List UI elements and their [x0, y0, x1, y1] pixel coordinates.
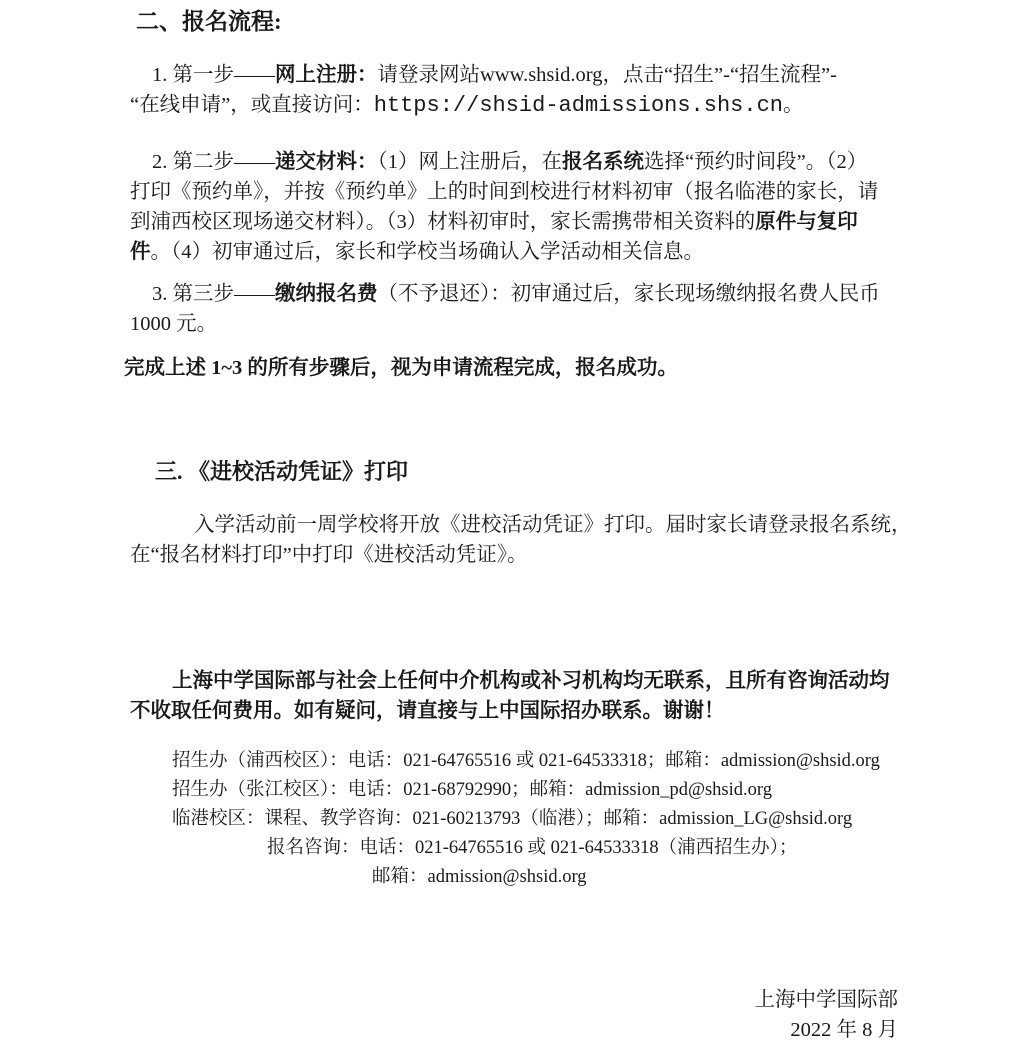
step-1-period: 。 [783, 94, 804, 116]
completion-statement-line: 完成上述 1~3 的所有步骤后，视为申请流程完成，报名成功。 [124, 353, 892, 383]
step-2-line-3: 到浦西校区现场递交材料）。（3）材料初审时，家长需携带相关资料的原件与复印 [130, 207, 898, 237]
step-1-prefix: 1. 第一步—— [152, 64, 275, 86]
step-2-keyword-originals-copies: 原件与复印 [755, 211, 858, 233]
contact-zhangjiang-office: 招生办（张江校区）：电话：021-68792990；邮箱：admission_p… [130, 776, 898, 805]
step-1-text: 请登录网站www.shsid.org，点击“招生”-“招生流程”- [378, 64, 838, 86]
step-3-keyword-pay-fee: 缴纳报名费 [275, 283, 378, 305]
step-1-paragraph: 1. 第一步——网上注册：请登录网站www.shsid.org，点击“招生”-“… [130, 60, 898, 121]
step-2-keyword-registration-system: 报名系统 [562, 151, 644, 173]
step-2-line-2: 打印《预约单》，并按《预约单》上的时间到校进行材料初审（报名临港的家长，请 [130, 177, 898, 207]
contact-info-block: 招生办（浦西校区）：电话：021-64765516 或 021-64533318… [130, 747, 898, 892]
step-2-text-a: （1）网上注册后，在 [378, 151, 563, 173]
disclaimer-line-2: 不收取任何费用。如有疑问，请直接与上中国际招办联系。谢谢！ [130, 696, 898, 726]
step-1-text-2: “在线申请”，或直接访问： [130, 94, 374, 116]
step-2-paragraph: 2. 第二步——递交材料：（1）网上注册后，在报名系统选择“预约时间段”。（2）… [130, 147, 898, 267]
section-title-registration-process: 二、报名流程: [130, 6, 904, 38]
contact-registration-consult-phone: 报名咨询：电话：021-64765516 或 021-64533318（浦西招生… [130, 834, 898, 863]
step-1-keyword-online-registration: 网上注册： [275, 64, 378, 86]
step-3-text: （不予退还）：初审通过后，家长现场缴纳报名费人民币 [378, 283, 880, 305]
entry-pass-line-1: 入学活动前一周学校将开放《进校活动凭证》打印。届时家长请登录报名系统， [130, 510, 898, 540]
entry-pass-paragraph: 入学活动前一周学校将开放《进校活动凭证》打印。届时家长请登录报名系统， 在“报名… [130, 510, 898, 570]
contact-lingang-campus: 临港校区：课程、教学咨询：021-60213793（临港）；邮箱：admissi… [130, 805, 898, 834]
completion-statement: 完成上述 1~3 的所有步骤后，视为申请流程完成，报名成功。 [124, 353, 892, 383]
admissions-url: https://shsid-admissions.shs.cn [374, 93, 783, 118]
step-1-line-1: 1. 第一步——网上注册：请登录网站www.shsid.org，点击“招生”-“… [130, 60, 898, 90]
signature-block: 上海中学国际部 2022 年 8 月 [130, 985, 898, 1045]
disclaimer-line-1: 上海中学国际部与社会上任何中介机构或补习机构均无联系，且所有咨询活动均 [130, 666, 898, 696]
step-2-text-c: 到浦西校区现场递交材料）。（3）材料初审时，家长需携带相关资料的 [130, 211, 755, 233]
contact-puxi-office: 招生办（浦西校区）：电话：021-64765516 或 021-64533318… [130, 747, 898, 776]
section-title-entry-pass-printing: 三. 《进校活动凭证》打印 [130, 457, 923, 487]
step-3-paragraph: 3. 第三步——缴纳报名费（不予退还）：初审通过后，家长现场缴纳报名费人民币 1… [130, 279, 898, 339]
step-3-line-2: 1000 元。 [130, 309, 898, 339]
step-2-line-1: 2. 第二步——递交材料：（1）网上注册后，在报名系统选择“预约时间段”。（2） [130, 147, 898, 177]
step-2-keyword-originals-copies-cont: 件 [130, 241, 151, 263]
document-page: 二、报名流程: 1. 第一步——网上注册：请登录网站www.shsid.org，… [0, 0, 1024, 1057]
signature-organization: 上海中学国际部 [130, 985, 898, 1015]
disclaimer-paragraph: 上海中学国际部与社会上任何中介机构或补习机构均无联系，且所有咨询活动均 不收取任… [130, 666, 898, 726]
step-2-line-4: 件。（4）初审通过后，家长和学校当场确认入学活动相关信息。 [130, 237, 898, 267]
step-2-prefix: 2. 第二步—— [152, 151, 275, 173]
step-1-line-2: “在线申请”，或直接访问：https://shsid-admissions.sh… [130, 90, 898, 121]
step-2-text-d: 。（4）初审通过后，家长和学校当场确认入学活动相关信息。 [151, 241, 705, 263]
step-3-line-1: 3. 第三步——缴纳报名费（不予退还）：初审通过后，家长现场缴纳报名费人民币 [130, 279, 898, 309]
step-3-prefix: 3. 第三步—— [152, 283, 275, 305]
entry-pass-line-2: 在“报名材料打印”中打印《进校活动凭证》。 [130, 540, 898, 570]
step-2-text-b: 选择“预约时间段”。（2） [644, 151, 867, 173]
step-2-keyword-submit-materials: 递交材料： [275, 151, 378, 173]
contact-registration-consult-email: 邮箱：admission@shsid.org [130, 863, 898, 892]
signature-date: 2022 年 8 月 [130, 1015, 898, 1045]
